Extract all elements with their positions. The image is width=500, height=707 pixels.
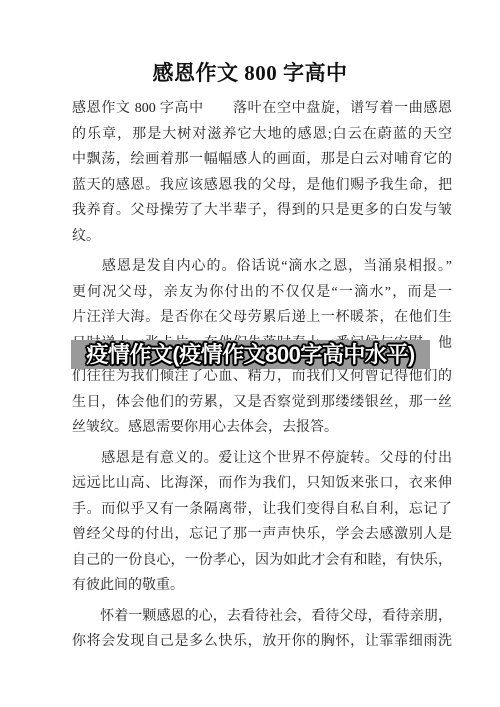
text-line: 的乐章，那是大树对滋养它大地的感恩;白云在蔚蓝的天空 — [72, 122, 452, 148]
text-line: 自己的一份良心，一份孝心，因为如此才会有和睦，有快乐， — [72, 548, 452, 574]
text-line: 丝皱纹。感恩需要你用心去体会，去报答。 — [72, 415, 452, 441]
text-line: 纹。 — [72, 224, 452, 250]
paragraph-4: 怀着一颗感恩的心，去看待社会，看待父母，看待亲朋， 你将会发现自己是多么快乐，放… — [72, 604, 452, 655]
text-line: 手。而似乎又有一条隔离带，让我们变得自私自利，忘记了 — [72, 497, 452, 523]
text-line: 蓝天的感恩。我应该感恩我的父母，是他们赐予我生命，把 — [72, 173, 452, 199]
text-line: 感恩是有意义的。爱让这个世界不停旋转。父母的付出 — [72, 446, 452, 472]
text-line: 怀着一颗感恩的心，去看待社会，看待父母，看待亲朋， — [72, 604, 452, 630]
text-line: 感恩是发自内心的。俗话说“滴水之恩，当涌泉相报。” — [72, 254, 452, 280]
ad-banner-overlay[interactable]: 疫情作文(疫情作文800字高中水平) — [71, 340, 430, 369]
paragraph-1: 感恩作文 800 字高中 落叶在空中盘旋，谱写着一曲感恩 的乐章，那是大树对滋养… — [72, 96, 452, 249]
text-line: 片汪洋大海。是否你在父母劳累后递上一杯暖茶，在他们生 — [72, 305, 452, 331]
document-page: 感恩作文 800 字高中 感恩作文 800 字高中 落叶在空中盘旋，谱写着一曲感… — [0, 0, 500, 707]
ad-banner-title: 疫情作文(疫情作文800字高中水平) — [86, 344, 414, 366]
text-line: 更何况父母，亲友为你付出的不仅仅是“一滴水”，而是一 — [72, 280, 452, 306]
text-line: 中飘荡，绘画着那一幅幅感人的画面，那是白云对哺育它的 — [72, 147, 452, 173]
text-line: 你将会发现自己是多么快乐，放开你的胸怀，让霏霏细雨洗 — [72, 629, 452, 655]
page-title: 感恩作文 800 字高中 — [0, 0, 500, 87]
text-line: 生日，体会他们的劳累，又是否察觉到那缕缕银丝，那一丝 — [72, 390, 452, 416]
text-line: 远远比山高、比海深，而作为我们，只知饭来张口，衣来伸 — [72, 471, 452, 497]
paragraph-3: 感恩是有意义的。爱让这个世界不停旋转。父母的付出 远远比山高、比海深，而作为我们… — [72, 446, 452, 599]
essay-body: 感恩作文 800 字高中 落叶在空中盘旋，谱写着一曲感恩 的乐章，那是大树对滋养… — [72, 96, 452, 655]
text-line: 感恩作文 800 字高中 落叶在空中盘旋，谱写着一曲感恩 — [72, 96, 452, 122]
text-line: 曾经父母的付出，忘记了那一声声快乐，学会去感激别人是 — [72, 522, 452, 548]
text-line: 有彼此间的敬重。 — [72, 573, 452, 599]
text-line: 我养育。父母操劳了大半辈子，得到的只是更多的白发与皱 — [72, 198, 452, 224]
